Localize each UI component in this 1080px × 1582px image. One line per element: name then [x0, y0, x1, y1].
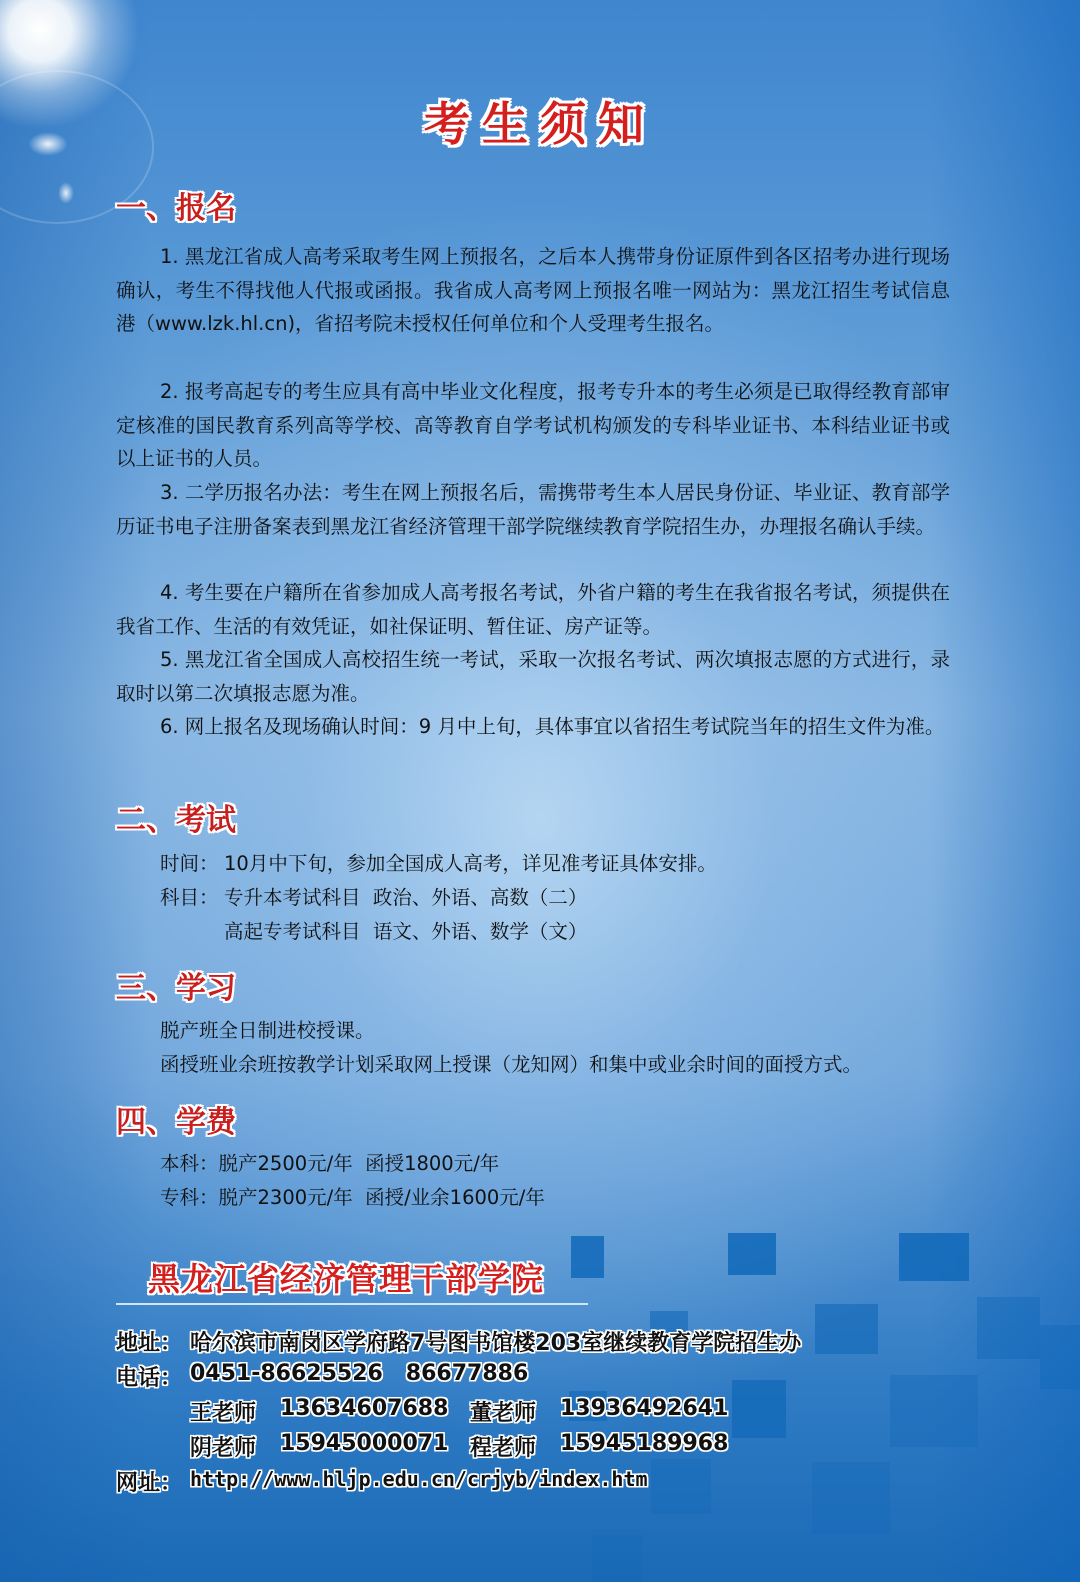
website-label: 网址：: [116, 1466, 182, 1497]
page-title: 考生须知: [0, 88, 1080, 154]
teacher-name: 程老师: [470, 1431, 536, 1462]
exam-time-value: 10月中下旬，参加全国成人高考，详见准考证具体安排。: [224, 848, 717, 876]
teacher-name: 董老师: [470, 1396, 536, 1427]
website-link[interactable]: http://www.hljp.edu.cn/crjyb/index.htm: [190, 1467, 648, 1491]
registration-item-6: 6. 网上报名及现场确认时间：9 月中上旬，具体事宜以省招生考试院当年的招生文件…: [116, 710, 950, 744]
registration-item-3: 3. 二学历报名办法：考生在网上预报名后，需携带考生本人居民身份证、毕业证、教育…: [116, 476, 950, 543]
school-name: 黑龙江省经济管理干部学院: [148, 1254, 544, 1300]
study-line-fulltime: 脱产班全日制进校授课。: [160, 1015, 375, 1043]
divider-line: [116, 1303, 588, 1305]
address-label: 地址：: [116, 1326, 182, 1357]
tuition-associate: 专科：脱产2300元/年 函授/业余1600元/年: [160, 1182, 545, 1210]
exam-subject-upgrade: 专升本考试科目 政治、外语、高数（二）: [224, 882, 587, 910]
address-value: 哈尔滨市南岗区学府路7号图书馆楼203室继续教育学院招生办: [190, 1326, 801, 1357]
teacher-name: 阴老师: [190, 1431, 256, 1462]
registration-item-2: 2. 报考高起专的考生应具有高中毕业文化程度，报考专升本的考生必须是已取得经教育…: [116, 375, 950, 476]
phone-label: 电话：: [116, 1361, 182, 1392]
teacher-name: 王老师: [190, 1396, 256, 1427]
section-heading-study: 三、学习: [116, 963, 236, 1007]
registration-item-5: 5. 黑龙江省全国成人高校招生统一考试，采取一次报名考试、两次填报志愿的方式进行…: [116, 643, 950, 710]
registration-item-4: 4. 考生要在户籍所在省参加成人高考报名考试，外省户籍的考生在我省报名考试，须提…: [116, 576, 950, 643]
teacher-phone: 15945189968: [560, 1431, 728, 1456]
section-heading-exam: 二、考试: [116, 795, 236, 839]
lens-flare-spot: [58, 182, 74, 204]
exam-time-label: 时间：: [160, 848, 219, 876]
teacher-phone: 13936492641: [560, 1396, 728, 1421]
section-heading-tuition: 四、学费: [116, 1097, 236, 1141]
exam-subject-highschool: 高起专考试科目 语文、外语、数学（文）: [224, 916, 587, 944]
registration-item-1: 1. 黑龙江省成人高考采取考生网上预报名，之后本人携带身份证原件到各区招考办进行…: [116, 240, 950, 341]
phone-numbers: 0451-86625526 86677886: [190, 1361, 528, 1386]
section-heading-registration: 一、报名: [116, 183, 236, 227]
tuition-bachelor: 本科：脱产2500元/年 函授1800元/年: [160, 1148, 499, 1176]
teacher-phone: 15945000071: [280, 1431, 448, 1456]
exam-subject-label: 科目：: [160, 882, 219, 910]
teacher-phone: 13634607688: [280, 1396, 448, 1421]
study-line-parttime: 函授班业余班按教学计划采取网上授课（龙知网）和集中或业余时间的面授方式。: [160, 1049, 862, 1077]
